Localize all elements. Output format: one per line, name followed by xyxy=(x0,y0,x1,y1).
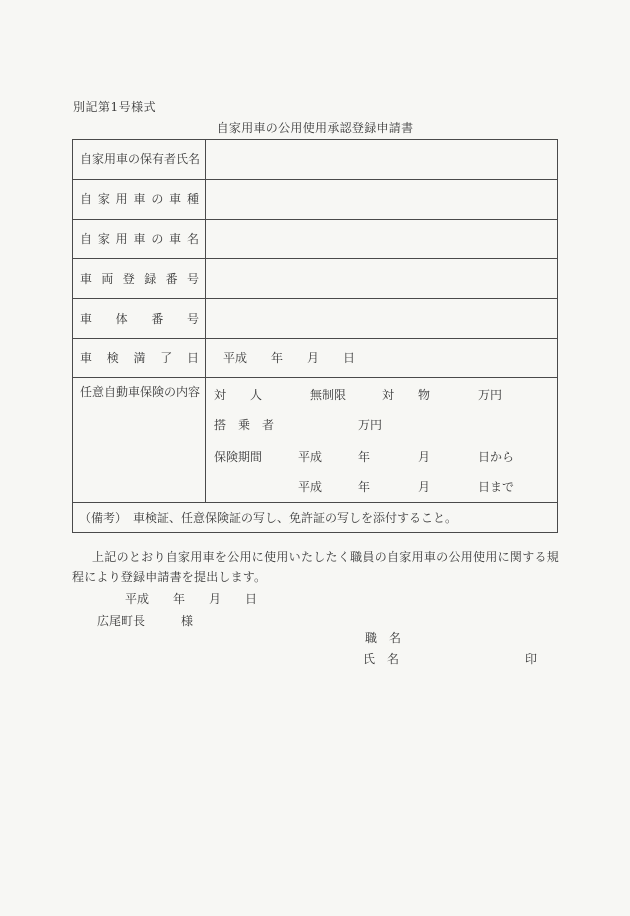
insurance-period-start-line: 保険期間 平成 年 月 日から xyxy=(214,449,514,465)
inspection-expiry-label: 車検満了日 xyxy=(80,350,199,366)
job-title-label: 職 名 xyxy=(365,630,401,646)
table-row-vehicle-name: 自家用車の車名 xyxy=(73,220,557,260)
body-number-label: 車体番号 xyxy=(80,311,199,327)
vehicle-name-label: 自家用車の車名 xyxy=(80,231,199,247)
table-row-inspection-expiry: 車検満了日 平成 年 月 日 xyxy=(73,339,557,378)
insurance-liability-line: 対 人 無制限 対 物 万円 xyxy=(214,387,502,403)
inspection-expiry-label-cell: 車検満了日 xyxy=(73,339,206,377)
insurance-label: 任意自動車保険の内容 xyxy=(80,384,199,400)
owner-name-value-cell xyxy=(206,140,557,179)
insurance-value-cell: 対 人 無制限 対 物 万円 搭 乗 者 万円 保険期間 平成 年 月 日から … xyxy=(206,378,557,502)
table-row-remarks: （備考） 車検証、任意保険証の写し、免許証の写しを添付すること。 xyxy=(73,503,557,532)
page-title: 自家用車の公用使用承認登録申請書 xyxy=(72,120,558,136)
registration-number-value-cell xyxy=(206,259,557,298)
registration-number-label: 車両登録番号 xyxy=(80,271,199,287)
table-row-owner-name: 自家用車の保有者氏名 xyxy=(73,140,557,180)
scanned-form-page: { "form_code": "別記第1号様式", "title": "自家用車… xyxy=(0,0,630,916)
table-row-insurance: 任意自動車保険の内容 対 人 無制限 対 物 万円 搭 乗 者 万円 保険期間 … xyxy=(73,378,557,503)
registration-number-label-cell: 車両登録番号 xyxy=(73,259,206,298)
vehicle-type-value-cell xyxy=(206,180,557,219)
closing-paragraph: 上記のとおり自家用車を公用に使用いたしたく職員の自家用車の公用使用に関する規程に… xyxy=(72,547,559,587)
application-form-table: 自家用車の保有者氏名 自家用車の車種 自家用車の車名 車両登録番号 車体番号 車… xyxy=(72,139,558,533)
vehicle-type-label-cell: 自家用車の車種 xyxy=(73,180,206,219)
body-number-label-cell: 車体番号 xyxy=(73,299,206,338)
inspection-expiry-value-cell: 平成 年 月 日 xyxy=(206,339,557,377)
addressee-line: 広尾町長 様 xyxy=(97,613,193,629)
closing-date-line: 平成 年 月 日 xyxy=(125,591,257,607)
insurance-period-end-line: 平成 年 月 日まで xyxy=(214,479,514,495)
insurance-passenger-line: 搭 乗 者 万円 xyxy=(214,417,382,433)
name-label: 氏 名 xyxy=(363,651,399,667)
seal-label: 印 xyxy=(525,651,537,667)
table-row-registration-number: 車両登録番号 xyxy=(73,259,557,299)
owner-name-label-cell: 自家用車の保有者氏名 xyxy=(73,140,206,179)
table-row-body-number: 車体番号 xyxy=(73,299,557,339)
remarks-cell: （備考） 車検証、任意保険証の写し、免許証の写しを添付すること。 xyxy=(73,503,557,532)
vehicle-name-value-cell xyxy=(206,220,557,259)
owner-name-label: 自家用車の保有者氏名 xyxy=(80,151,199,167)
table-row-vehicle-type: 自家用車の車種 xyxy=(73,180,557,220)
remarks-text: （備考） 車検証、任意保険証の写し、免許証の写しを添付すること。 xyxy=(79,510,457,526)
vehicle-name-label-cell: 自家用車の車名 xyxy=(73,220,206,259)
insurance-label-cell: 任意自動車保険の内容 xyxy=(73,378,206,502)
vehicle-type-label: 自家用車の車種 xyxy=(80,191,199,207)
form-code-label: 別記第1号様式 xyxy=(73,99,156,115)
inspection-expiry-date-template: 平成 年 月 日 xyxy=(223,350,355,366)
body-number-value-cell xyxy=(206,299,557,338)
